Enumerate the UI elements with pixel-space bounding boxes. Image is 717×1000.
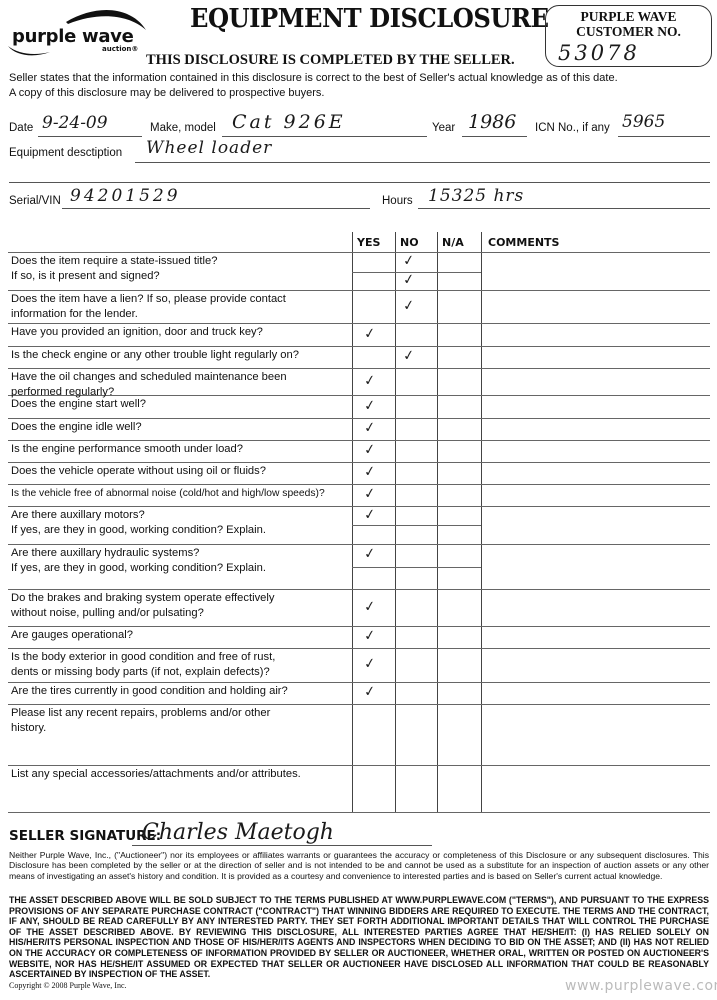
question-text: Is the check engine or any other trouble… <box>11 348 299 363</box>
question-line: Is the body exterior in good condition a… <box>11 650 275 665</box>
icn-underline <box>618 135 710 137</box>
question-line: Are gauges operational? <box>11 628 133 643</box>
check-mark-icon[interactable]: ✓ <box>363 463 377 480</box>
sub-row-divider <box>352 525 481 526</box>
column-header-na: N/A <box>442 236 464 249</box>
question-line: Does the engine idle well? <box>11 420 142 435</box>
check-mark-icon[interactable]: ✓ <box>402 271 416 288</box>
question-line: Does the vehicle operate without using o… <box>11 464 266 479</box>
question-text: Please list any recent repairs, problems… <box>11 706 270 736</box>
question-text: Does the item require a state-issued tit… <box>11 254 217 284</box>
copyright-text: Copyright © 2008 Purple Wave, Inc. <box>9 981 127 990</box>
customer-number-label: PURPLE WAVE CUSTOMER NO. <box>546 9 711 39</box>
comment-field[interactable] <box>485 508 706 542</box>
question-text: Are there auxillary hydraulic systems?If… <box>11 546 266 576</box>
page-title: EQUIPMENT DISCLOSURE <box>190 4 549 34</box>
description-underline <box>135 161 710 163</box>
question-line: without noise, pulling and/or pulsating? <box>11 606 274 621</box>
check-mark-icon[interactable]: ✓ <box>363 372 377 389</box>
check-mark-icon[interactable]: ✓ <box>363 598 377 615</box>
description-second-line <box>9 181 710 183</box>
description-field[interactable]: Wheel loader <box>146 138 272 158</box>
comment-field[interactable] <box>485 486 706 504</box>
question-line: Do the brakes and braking system operate… <box>11 591 274 606</box>
question-line: Are the tires currently in good conditio… <box>11 684 288 699</box>
question-text: Does the item have a lien? If so, please… <box>11 292 286 322</box>
sub-row-divider <box>352 272 481 273</box>
website-watermark: www.purplewave.com <box>565 978 717 994</box>
intro-line-1: Seller states that the information conta… <box>9 71 618 86</box>
seller-signature-underline <box>132 845 432 846</box>
customer-number-value[interactable]: 53078 <box>558 41 640 65</box>
comment-field[interactable] <box>485 420 706 438</box>
logo-brand-text: purple wave <box>12 26 134 47</box>
question-line: List any special accessories/attachments… <box>11 767 301 782</box>
serial-field[interactable]: 94201529 <box>70 186 181 206</box>
comment-field[interactable] <box>485 348 706 366</box>
hours-field[interactable]: 15325 hrs <box>428 186 524 206</box>
question-line: Have you provided an ignition, door and … <box>11 325 263 340</box>
comment-field[interactable] <box>485 546 706 587</box>
year-label: Year <box>432 122 455 134</box>
question-line: Are there auxillary motors? <box>11 508 266 523</box>
question-line: Does the item require a state-issued tit… <box>11 254 217 269</box>
column-header-comments: COMMENTS <box>488 236 559 249</box>
question-text: Is the vehicle free of abnormal noise (c… <box>11 486 325 501</box>
question-line: Are there auxillary hydraulic systems? <box>11 546 266 561</box>
question-text: List any special accessories/attachments… <box>11 767 301 782</box>
question-text: Does the engine start well? <box>11 397 146 412</box>
purple-wave-logo: purple wave auction® <box>4 6 154 58</box>
row-divider <box>8 812 710 813</box>
question-text: Are there auxillary motors?If yes, are t… <box>11 508 266 538</box>
question-line: Have the oil changes and scheduled maint… <box>11 370 287 385</box>
question-line: If yes, are they in good, working condit… <box>11 523 266 538</box>
question-text: Are gauges operational? <box>11 628 133 643</box>
hours-underline <box>418 207 710 209</box>
question-line: Is the vehicle free of abnormal noise (c… <box>11 486 325 501</box>
column-header-yes: YES <box>357 236 380 249</box>
customer-label-line-2: CUSTOMER NO. <box>546 24 711 39</box>
make-model-label: Make, model <box>150 122 216 134</box>
comment-field[interactable] <box>485 767 706 810</box>
question-line: Does the engine start well? <box>11 397 146 412</box>
terms-text: THE ASSET DESCRIBED ABOVE WILL BE SOLD S… <box>9 895 709 980</box>
question-text: Does the vehicle operate without using o… <box>11 464 266 479</box>
question-line: If yes, are they in good, working condit… <box>11 561 266 576</box>
comment-field[interactable] <box>485 684 706 702</box>
question-text: Is the body exterior in good condition a… <box>11 650 275 680</box>
comment-field[interactable] <box>485 628 706 646</box>
customer-number-box: PURPLE WAVE CUSTOMER NO. 53078 <box>545 5 712 67</box>
question-line: Please list any recent repairs, problems… <box>11 706 270 721</box>
comment-field[interactable] <box>485 464 706 482</box>
question-text: Does the engine idle well? <box>11 420 142 435</box>
check-mark-icon[interactable]: ✓ <box>363 397 377 414</box>
customer-label-line-1: PURPLE WAVE <box>546 9 711 24</box>
check-mark-icon[interactable]: ✓ <box>363 419 377 436</box>
date-field[interactable]: 9-24-09 <box>42 113 108 133</box>
logo-sub-text: auction® <box>102 45 138 53</box>
check-mark-icon[interactable]: ✓ <box>363 441 377 458</box>
icn-label: ICN No., if any <box>535 122 610 134</box>
question-text: Do the brakes and braking system operate… <box>11 591 274 621</box>
check-mark-icon[interactable]: ✓ <box>363 655 377 672</box>
question-text: Is the engine performance smooth under l… <box>11 442 243 457</box>
check-mark-icon[interactable]: ✓ <box>363 546 377 563</box>
intro-line-2: A copy of this disclosure may be deliver… <box>9 86 618 101</box>
comment-field[interactable] <box>485 442 706 460</box>
check-mark-icon[interactable]: ✓ <box>402 347 416 364</box>
comment-field[interactable] <box>485 397 706 416</box>
check-mark-icon[interactable]: ✓ <box>363 506 377 523</box>
check-mark-icon[interactable]: ✓ <box>363 683 377 700</box>
comment-field[interactable] <box>485 591 706 624</box>
year-field[interactable]: 1986 <box>468 111 516 133</box>
comment-field[interactable] <box>485 650 706 680</box>
page-subtitle: THIS DISCLOSURE IS COMPLETED BY THE SELL… <box>146 52 515 69</box>
check-mark-icon[interactable]: ✓ <box>363 325 377 342</box>
check-mark-icon[interactable]: ✓ <box>402 252 416 269</box>
year-underline <box>462 135 527 137</box>
comment-field[interactable] <box>485 292 706 321</box>
seller-signature-label: SELLER SIGNATURE: <box>9 828 161 844</box>
comment-field[interactable] <box>485 254 706 288</box>
check-mark-icon[interactable]: ✓ <box>402 297 416 314</box>
question-line: Is the engine performance smooth under l… <box>11 442 243 457</box>
question-line: Does the item have a lien? If so, please… <box>11 292 286 307</box>
check-mark-icon[interactable]: ✓ <box>363 485 377 502</box>
description-label: Equipment desctiption <box>9 147 122 159</box>
comment-field[interactable] <box>485 706 706 763</box>
check-mark-icon[interactable]: ✓ <box>363 627 377 644</box>
question-line: dents or missing body parts (if not, exp… <box>11 665 275 680</box>
date-label: Date <box>9 122 33 134</box>
icn-field[interactable]: 5965 <box>622 112 665 132</box>
question-text: Are the tires currently in good conditio… <box>11 684 288 699</box>
comment-field[interactable] <box>485 370 706 393</box>
sub-row-divider <box>352 567 481 568</box>
question-line: If so, is it present and signed? <box>11 269 217 284</box>
seller-signature-field[interactable]: Charles Maetogh <box>142 820 334 845</box>
question-line: Is the check engine or any other trouble… <box>11 348 299 363</box>
disclaimer-text: Neither Purple Wave, Inc., ("Auctioneer"… <box>9 850 709 881</box>
serial-label: Serial/VIN <box>9 195 61 207</box>
serial-underline <box>62 207 370 209</box>
hours-label: Hours <box>382 195 413 207</box>
make-model-underline <box>222 135 427 137</box>
question-line: history. <box>11 721 270 736</box>
make-model-field[interactable]: Cat 926E <box>232 111 346 133</box>
date-underline <box>38 135 142 137</box>
comment-field[interactable] <box>485 325 706 344</box>
intro-statement: Seller states that the information conta… <box>9 71 618 101</box>
column-header-no: NO <box>400 236 419 249</box>
question-text: Have you provided an ignition, door and … <box>11 325 263 340</box>
question-line: information for the lender. <box>11 307 286 322</box>
